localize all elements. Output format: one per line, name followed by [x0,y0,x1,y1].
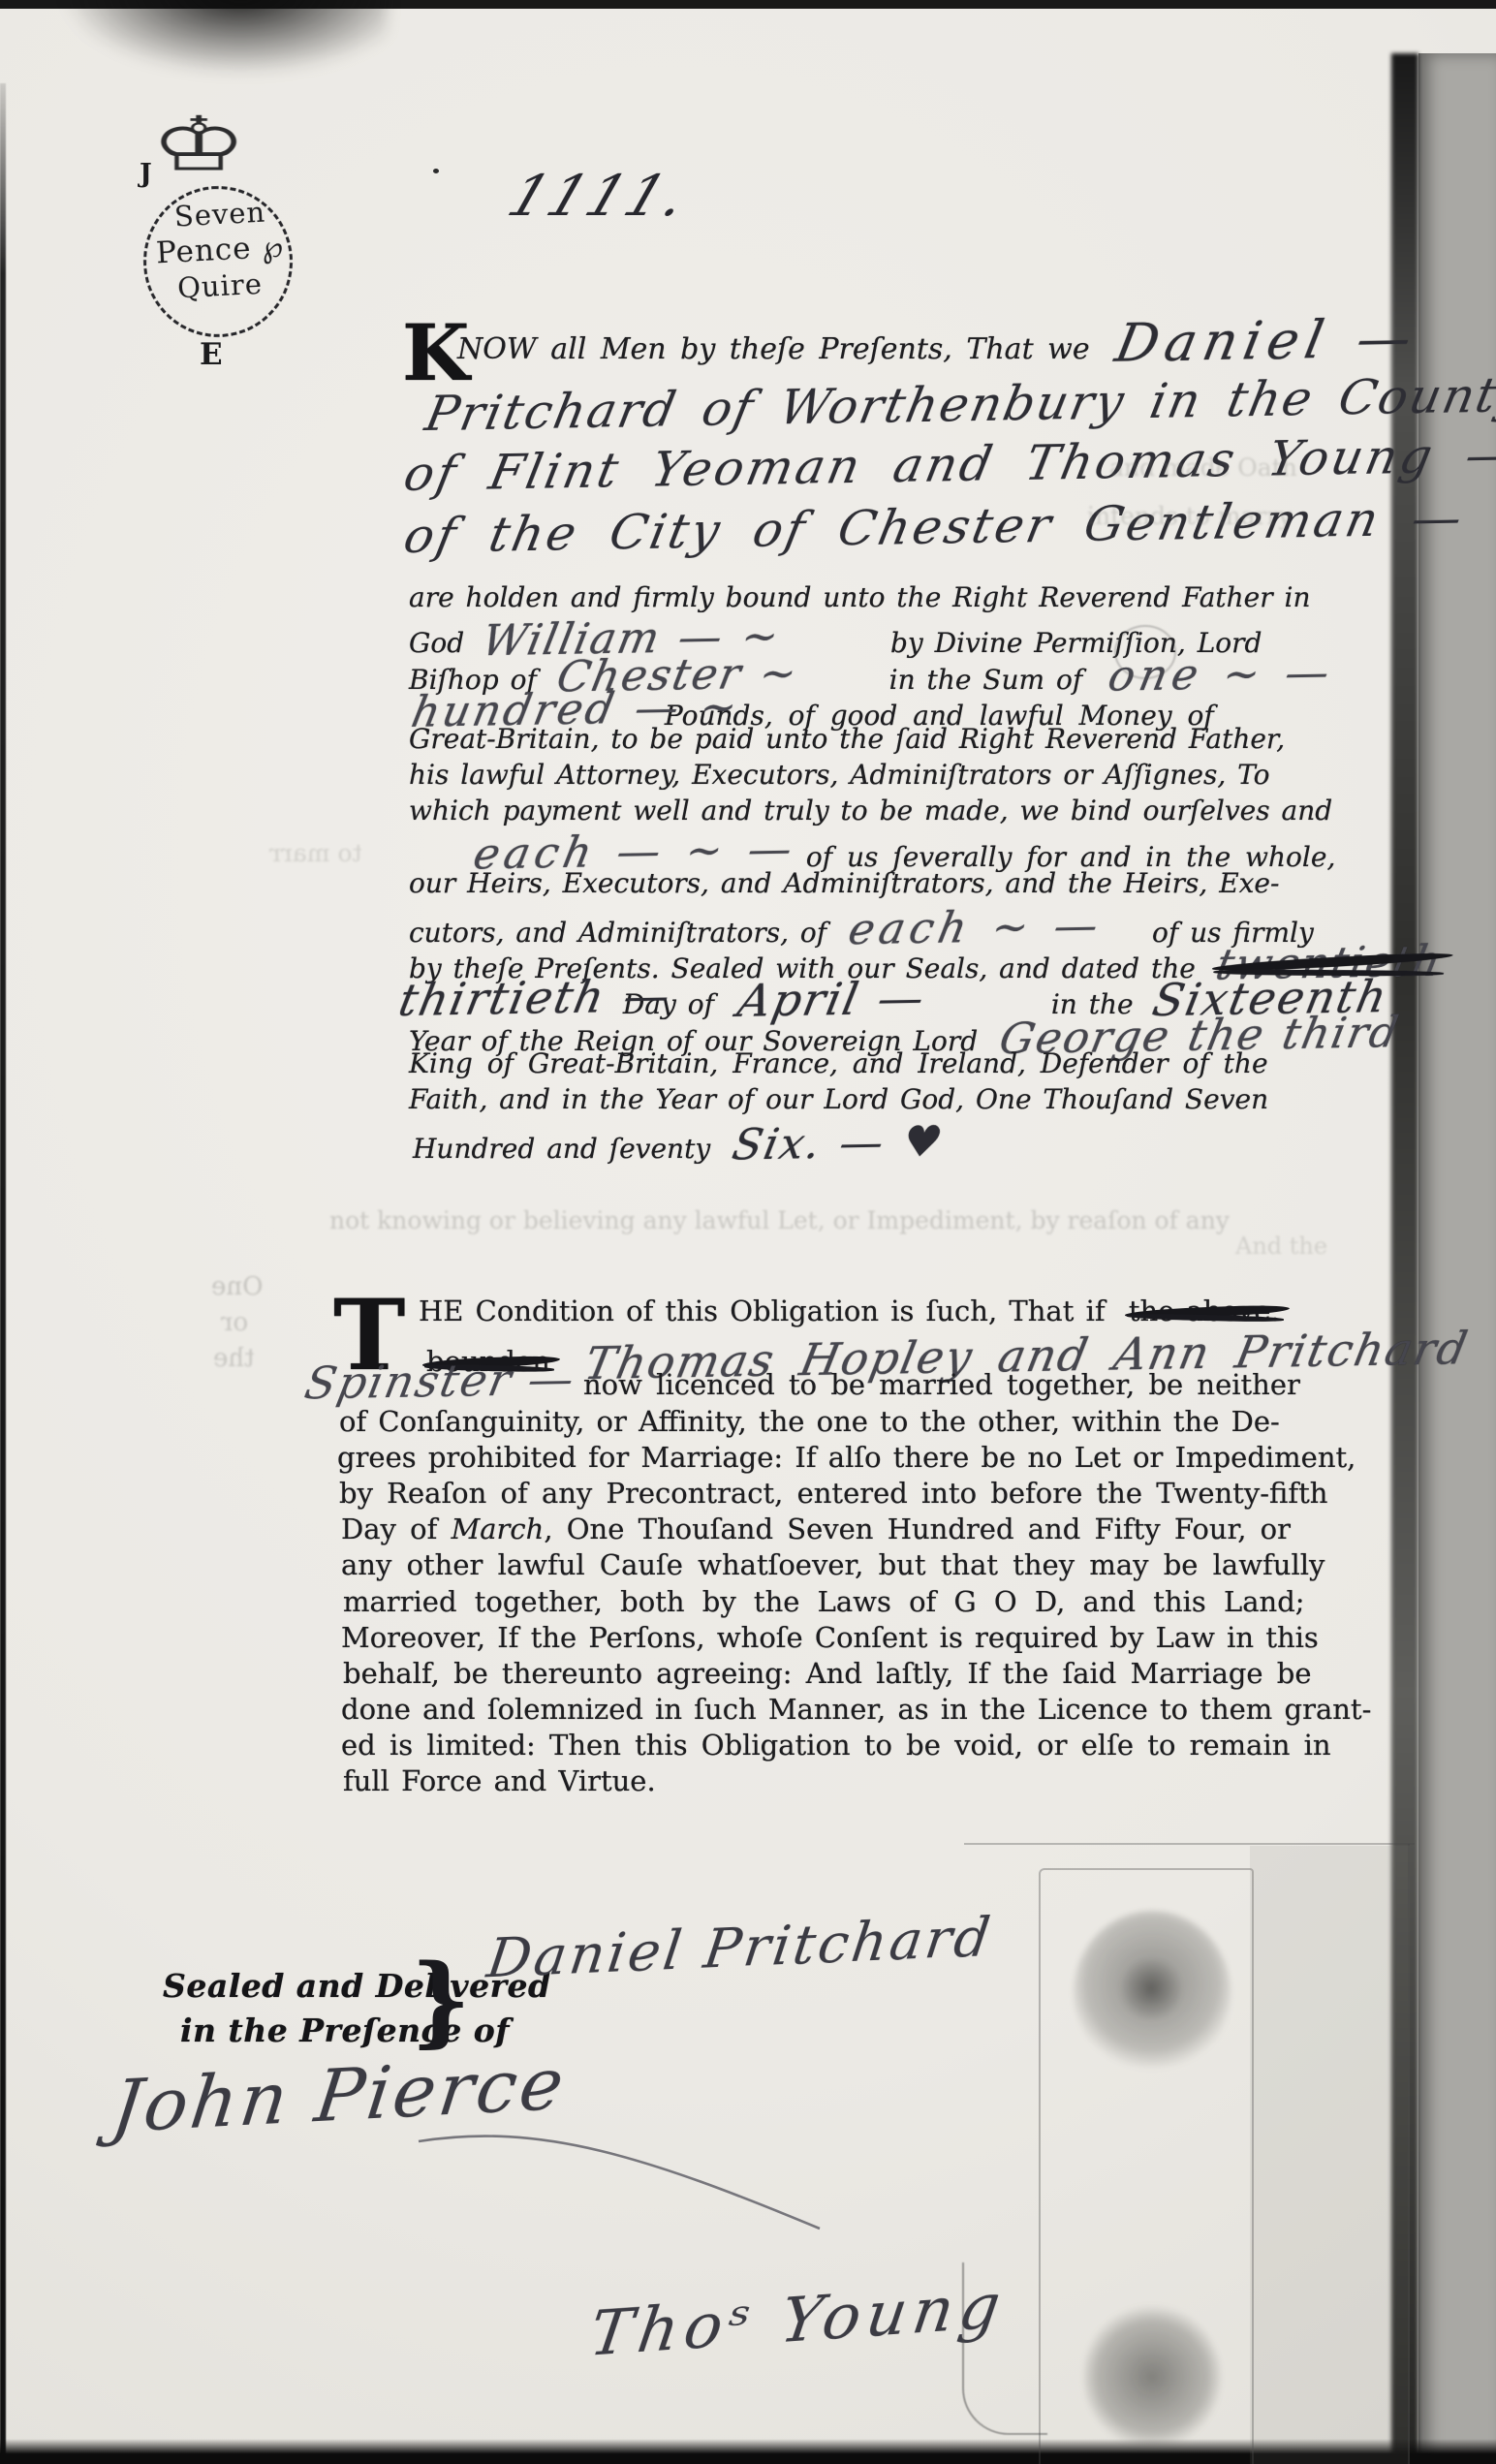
bond-line-handwritten: of the City of Chester Gentleman — ~ [407,498,1496,554]
condition-line: of Conſanguinity, or Affinity, the one t… [339,1405,1280,1438]
condition-line: done and ſolemnized in ſuch Manner, as i… [341,1693,1371,1726]
pencil-curve [962,2262,1047,2435]
condition-line: by Reaſon of any Precontract, entered in… [339,1477,1327,1510]
bond-line: are holden and firmly bound unto the Rig… [409,581,1311,613]
condition-line: Spinster — [306,1355,575,1407]
handwritten-name-daniel: Daniel — [1110,307,1422,373]
condition-line: any other lawful Cauſe whatſoever, but t… [341,1548,1325,1581]
bond-line-handwritten: Pritchard of Worthenbury in the County [428,376,1496,432]
condition-line: full Force and Virtue. [343,1764,656,1797]
scan-edge-left [0,83,6,2464]
condition-line: now licenced to be married together, be … [583,1368,1300,1401]
italic-march: March [452,1513,545,1545]
bond-line: King of Great-Britain, France, and Irela… [409,1047,1268,1079]
bond-line: his lawful Attorney, Executors, Adminiſt… [409,759,1269,791]
seal-stain-core [1116,1959,1186,2019]
condition-line: HE Condition of this Obligation is ſuch,… [419,1294,1280,1327]
condition-line: behalf, be thereunto agreeing: And laſtl… [343,1657,1312,1690]
bleedthrough-text-mirrored: One [211,1272,263,1301]
bleedthrough-text-mirrored: or [221,1308,248,1337]
bond-line: Faith, and in the Year of our Lord God, … [409,1083,1268,1115]
pencil-line [964,1843,1415,1845]
condition-line: Moreover, If the Perſons, whoſe Conſent … [341,1621,1319,1654]
signature-daniel-pritchard: Daniel Pritchard [483,1906,997,1991]
bleedthrough-text-mirrored: the [213,1344,255,1373]
seal-stain-2 [1083,2304,1221,2449]
stamp-letter-e: E [200,337,223,372]
struck-out-the-above: the above. [1129,1294,1280,1327]
bond-line-handwritten: of Flint Yeoman and Thomas Young — [407,436,1496,492]
bleedthrough-text-mirrored: to marr [269,839,362,867]
bond-line: which payment well and truly to be made,… [409,795,1332,827]
condition-line: Day of March, One Thouſand Seven Hundred… [341,1513,1291,1545]
bleedthrough-text: not knowing or believing any lawful Let,… [329,1206,1230,1234]
bond-line: Great-Britain, to be paid unto the ſaid … [409,723,1285,755]
paper-overlay-wash [1250,1846,1410,2464]
marriage-bond-document: J ♔ Seven Pence ℘ Quire E 1111. K NOW al… [0,0,1496,2464]
seven-pence-duty-stamp: J ♔ Seven Pence ℘ Quire E [138,109,302,380]
bleedthrough-text: And the [1235,1232,1327,1260]
crown-icon: ♔ [150,101,247,188]
bleedthrough-text: intends to marry [1087,502,1293,530]
ink-speck [433,169,439,173]
signature-thomas-young: Thoˢ Young [585,2270,1011,2370]
folio-number: 1111. [500,163,700,229]
seal-ghost-ring [1114,625,1176,679]
handwritten-six-flourish: Six. — ♥ [729,1117,949,1170]
attestation-bracket: } [411,1943,471,2058]
condition-line: grees prohibited for Marriage: If alſo t… [337,1441,1356,1474]
bond-line: our Heirs, Executors, and Adminiſtrators… [409,867,1279,899]
bleedthrough-text: and made Oath [1109,453,1297,482]
condition-line: married together, both by the Laws of G … [343,1585,1305,1618]
handwritten-spinster: Spinster — [300,1353,580,1410]
bond-line: Hundred and ſeventy Six. — ♥ [413,1119,944,1169]
ink-smudge-top-right [0,0,388,84]
bond-line: NOW all Men by theſe Preſents, That we D… [457,310,1417,371]
signature-flourish [415,2130,831,2241]
condition-line: ed is limited: Then this Obligation to b… [341,1729,1331,1762]
